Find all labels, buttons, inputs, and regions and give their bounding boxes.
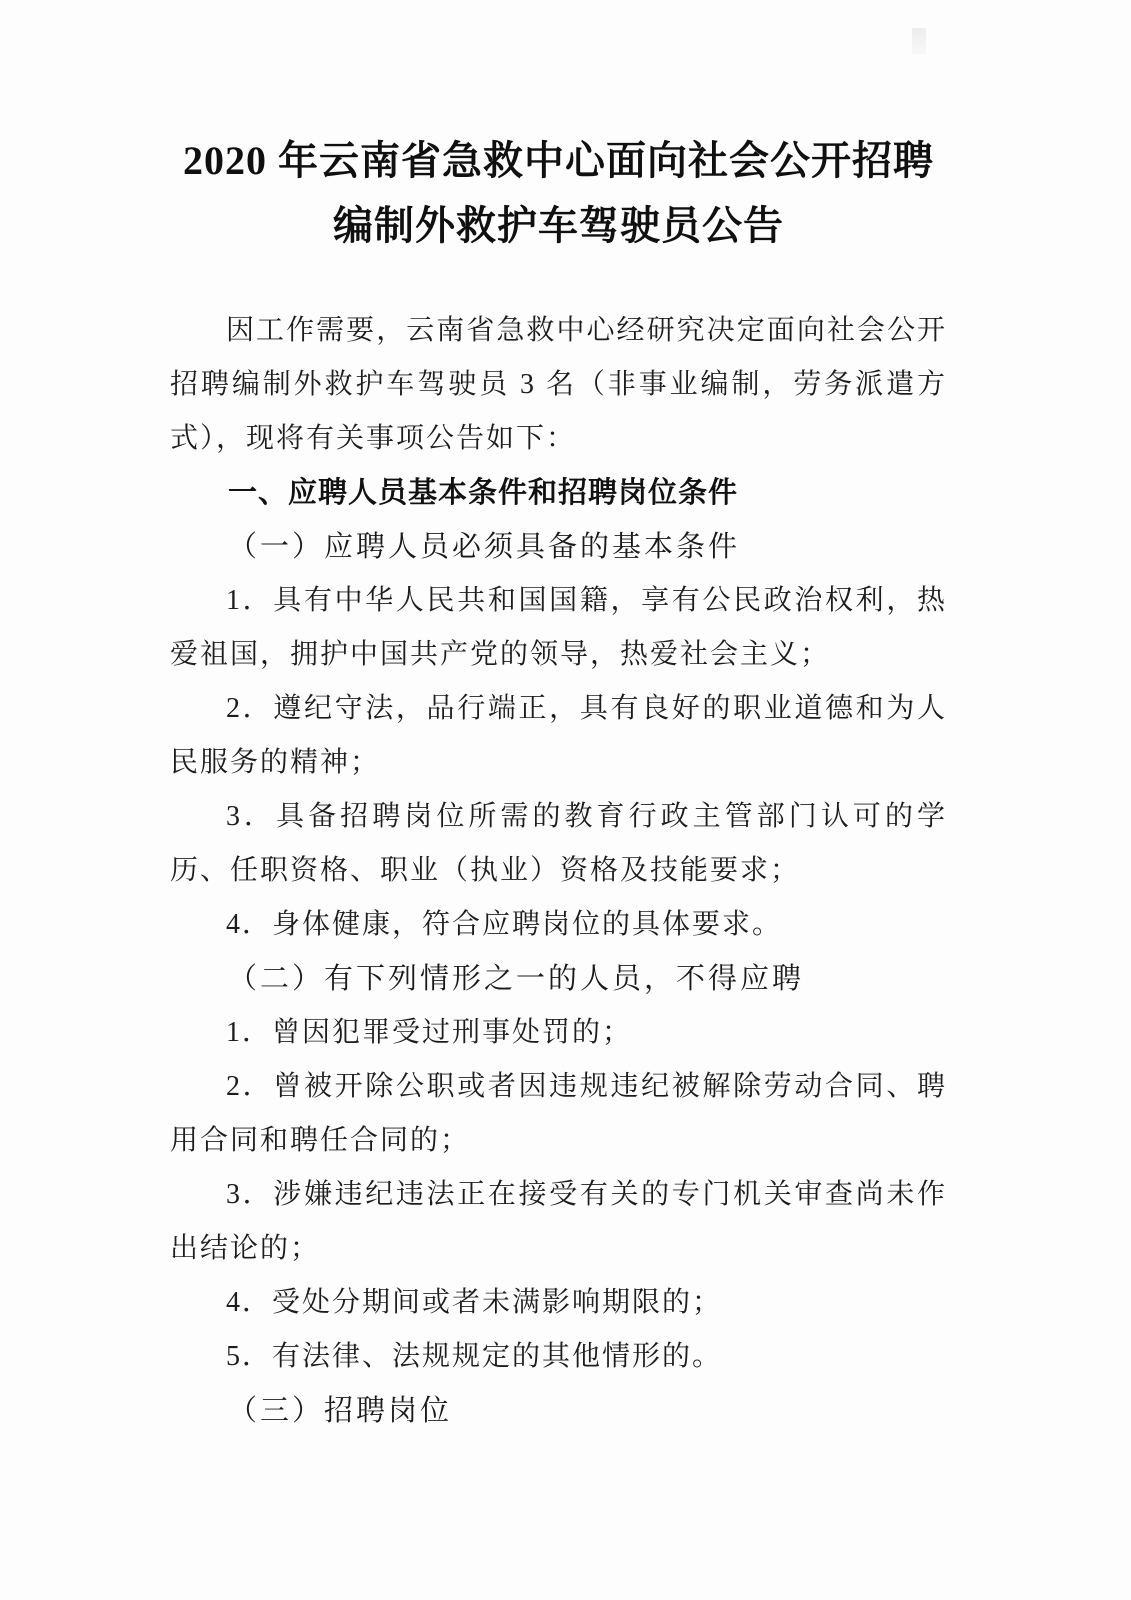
disqualify-item-4: 4．受处分期间或者未满影响期限的； xyxy=(170,1276,947,1330)
disqualify-item-3: 3．涉嫌违纪违法正在接受有关的专门机关审查尚未作出结论的； xyxy=(170,1168,947,1276)
subsection-2-heading: （二）有下列情形之一的人员，不得应聘 xyxy=(170,952,947,1006)
disqualify-item-2: 2．曾被开除公职或者因违规违纪被解除劳动合同、聘用合同和聘任合同的； xyxy=(170,1060,947,1168)
title-line-2: 编制外救护车驾驶员公告 xyxy=(170,193,947,258)
basic-condition-item-2: 2．遵纪守法，品行端正，具有良好的职业道德和为人民服务的精神； xyxy=(170,682,947,790)
subsection-3-heading: （三）招聘岗位 xyxy=(170,1384,947,1438)
document-title: 2020 年云南省急救中心面向社会公开招聘 编制外救护车驾驶员公告 xyxy=(170,128,947,258)
disqualify-item-1: 1．曾因犯罪受过刑事处罚的； xyxy=(170,1006,947,1060)
basic-condition-item-1: 1．具有中华人民共和国国籍，享有公民政治权利，热爱祖国，拥护中国共产党的领导，热… xyxy=(170,574,947,682)
disqualify-item-5: 5．有法律、法规规定的其他情形的。 xyxy=(170,1330,947,1384)
intro-paragraph: 因工作需要，云南省急救中心经研究决定面向社会公开招聘编制外救护车驾驶员 3 名（… xyxy=(170,304,947,466)
basic-condition-item-3: 3．具备招聘岗位所需的教育行政主管部门认可的学历、任职资格、职业（执业）资格及技… xyxy=(170,790,947,898)
scan-artifact xyxy=(912,28,926,54)
section-1-heading: 一、应聘人员基本条件和招聘岗位条件 xyxy=(170,466,947,520)
title-line-1: 2020 年云南省急救中心面向社会公开招聘 xyxy=(170,128,947,193)
subsection-1-heading: （一）应聘人员必须具备的基本条件 xyxy=(170,520,947,574)
basic-condition-item-4: 4．身体健康，符合应聘岗位的具体要求。 xyxy=(170,898,947,952)
document-page: 2020 年云南省急救中心面向社会公开招聘 编制外救护车驾驶员公告 因工作需要，… xyxy=(0,0,1131,1600)
